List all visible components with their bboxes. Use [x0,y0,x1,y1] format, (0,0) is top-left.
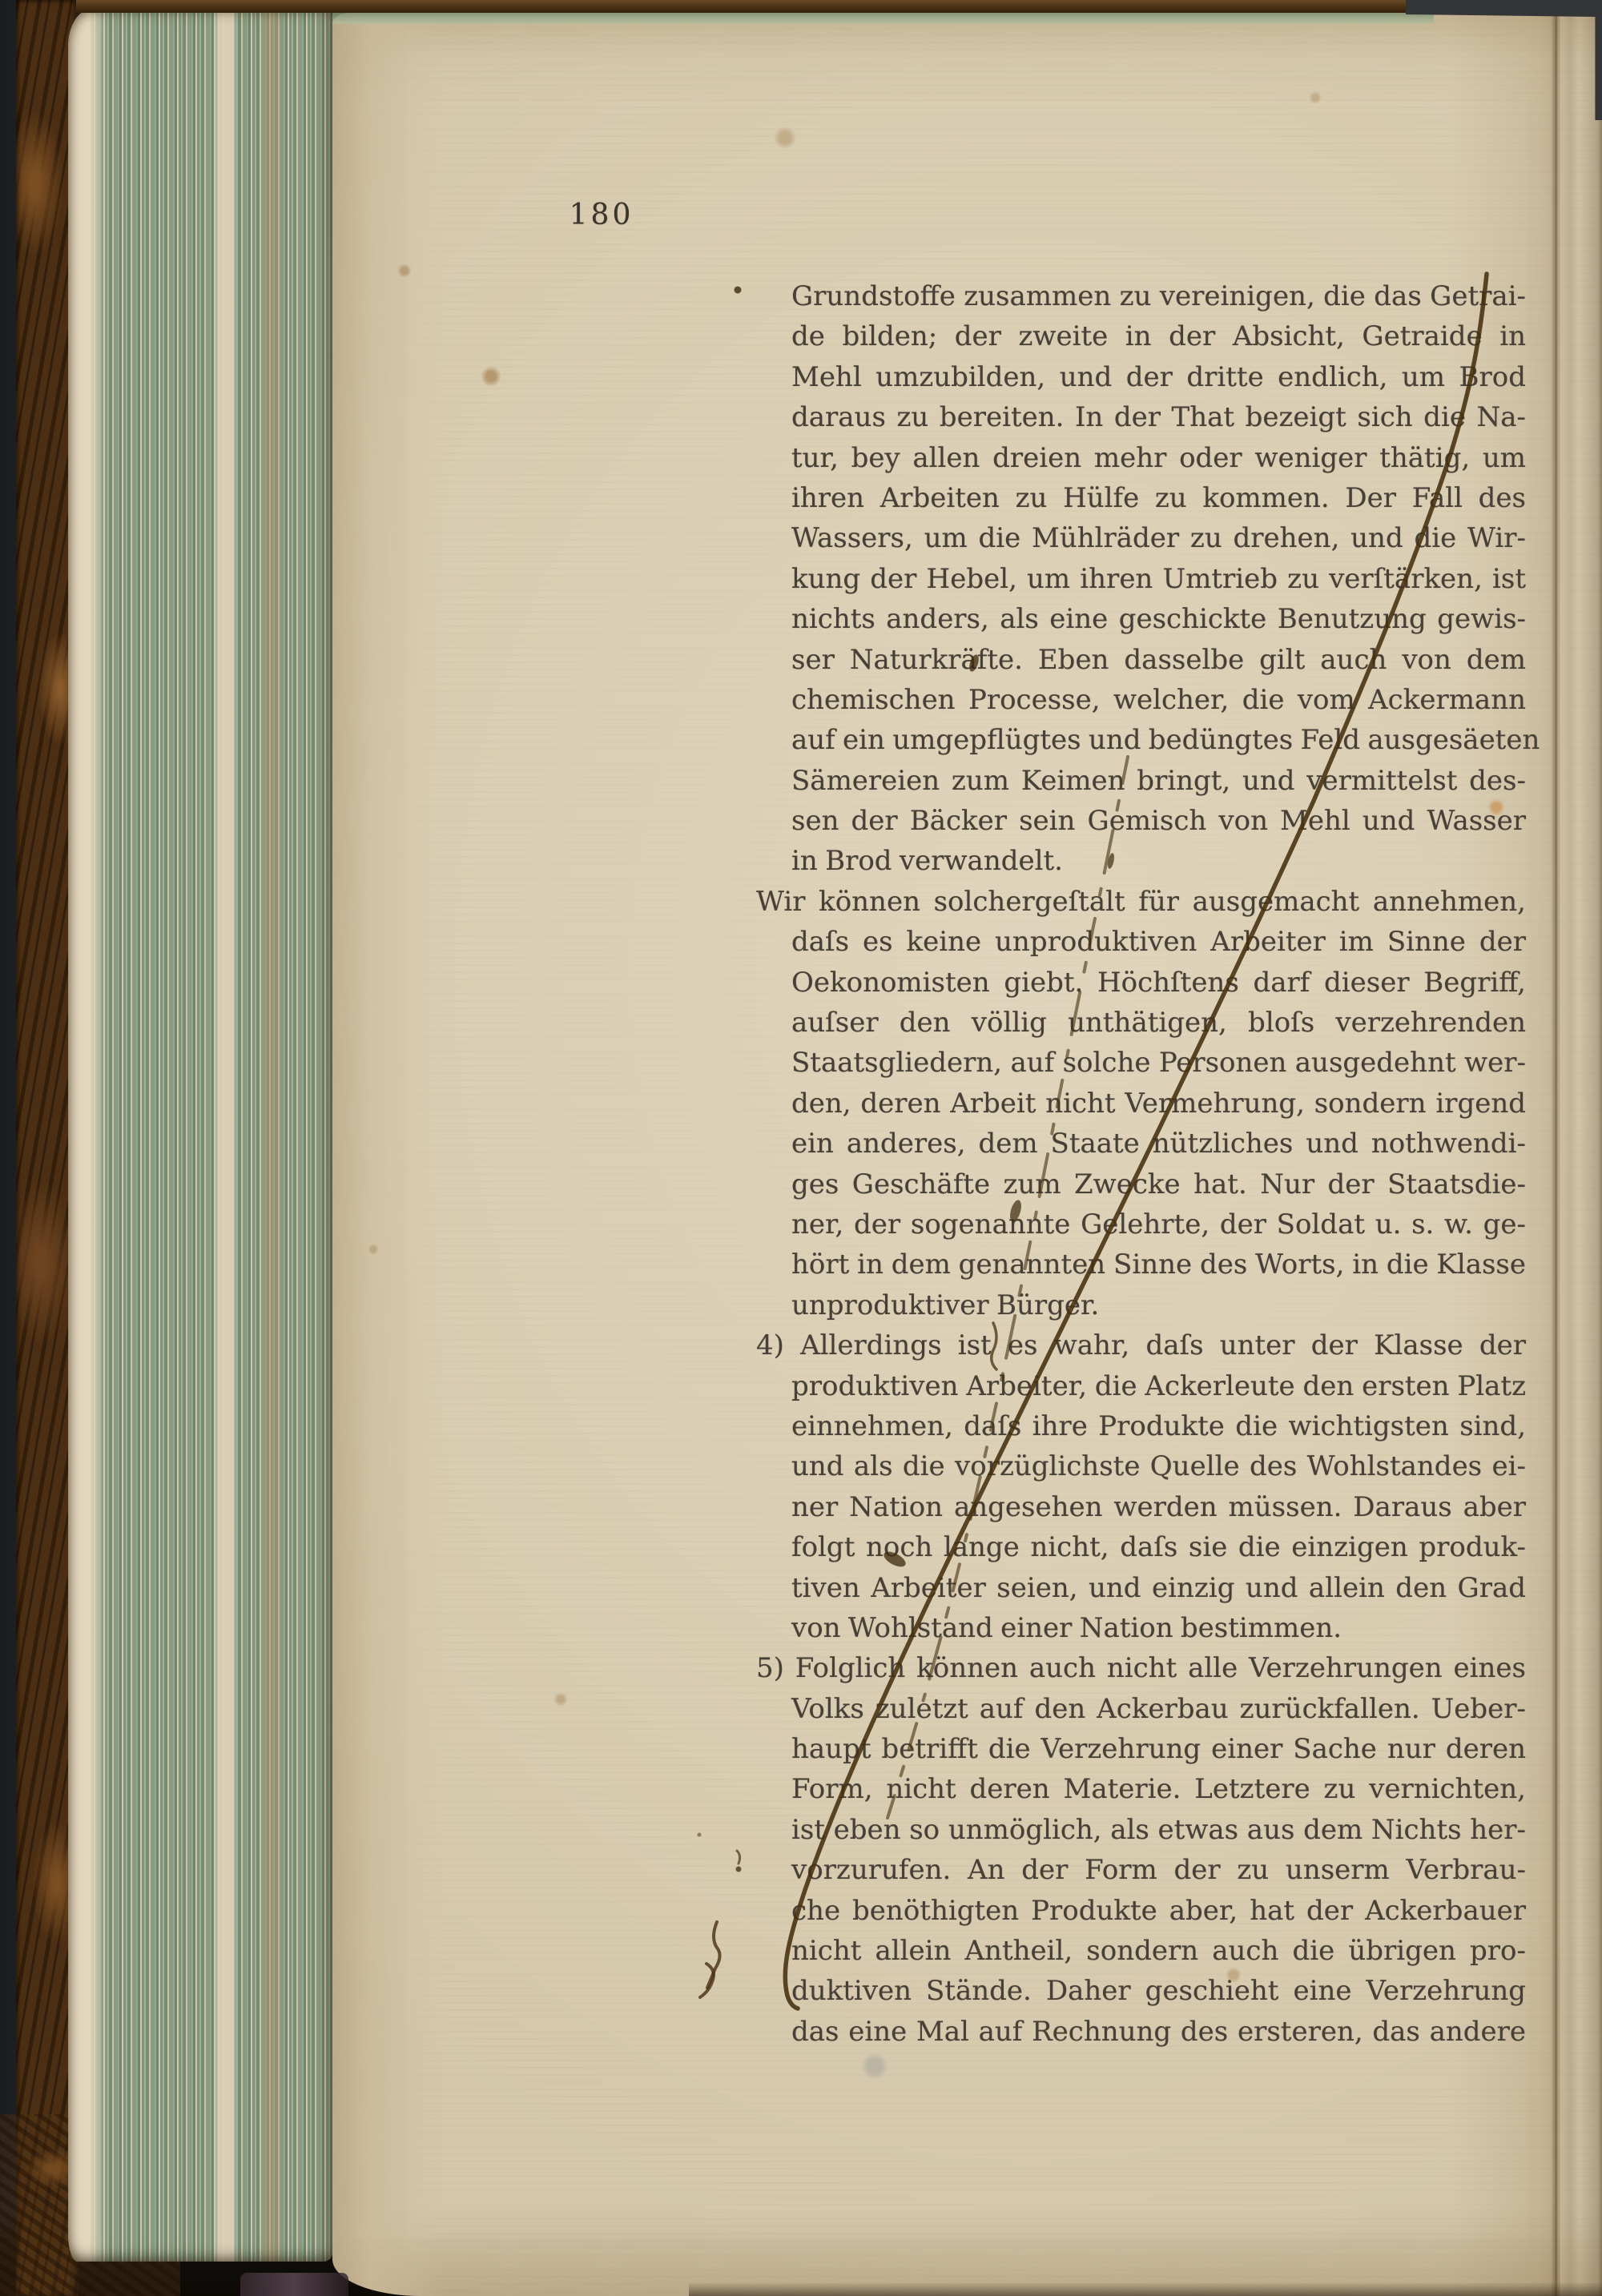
text-line: folgt noch lange nicht, daſs sie die ein… [791,1527,1526,1567]
page-top-colored-edge [332,13,1434,24]
text-line: produktiven Arbeiter, die Ackerleute den… [791,1366,1526,1406]
text-block: Grundstoffe zusammen zu vereinigen, die … [791,276,1526,2052]
text-line: das eine Mal auf Rechnung des ersteren, … [791,2012,1526,2052]
text-line: Wassers, um die Mühlräder zu drehen, und… [791,518,1526,558]
paragraph: Wir können solchergeſtalt für ausgemacht… [791,882,1526,1325]
scanned-book-photo: { "document": { "kind": "scanned antique… [0,0,1602,2296]
text-line: duktiven Stände. Daher geschieht eine Ve… [791,1971,1526,2011]
text-line: Mehl umzubilden, und der dritte endlich,… [791,357,1526,397]
text-line: Staatsgliedern, auf solche Personen ausg… [791,1043,1526,1083]
text-line: vorzurufen. An der Form der zu unserm Ve… [791,1850,1526,1890]
binding-fragment [240,2273,348,2296]
text-line: von Wohlstand einer Nation bestimmen. [791,1608,1526,1648]
page-bottom-edge-shadow [689,2282,1602,2296]
text-line: de bilden; der zweite in der Absicht, Ge… [791,316,1526,356]
page-number: 180 [563,199,640,231]
text-line: ges Geschäfte zum Zwecke hat. Nur der St… [791,1164,1526,1204]
text-line: und als die vorzüglichste Quelle des Woh… [791,1446,1526,1486]
text-line: kung der Hebel, um ihren Umtrieb zu verſ… [791,559,1526,599]
page-gutter-sliver [1560,13,1602,2296]
text-line: auſser den völlig unthätigen, bloſs verz… [791,1003,1526,1043]
text-line: ner Nation angesehen werden müssen. Dara… [791,1487,1526,1527]
paragraph-continued: Grundstoffe zusammen zu vereinigen, die … [791,276,1526,882]
text-line: che benöthigten Produkte aber, hat der A… [791,1891,1526,1931]
text-line: 4) Allerdings ist es wahr, daſs unter de… [756,1325,1526,1365]
text-line: ner, der sogenannte Gelehrte, der Soldat… [791,1204,1526,1245]
text-line: Grundstoffe zusammen zu vereinigen, die … [791,276,1526,316]
text-line: unproduktiver Bürger. [791,1285,1526,1325]
text-line: auf ein umgepflügtes und bedüngtes Feld … [791,720,1526,760]
page-fold-crease [1551,13,1560,2296]
text-line: Wir können solchergeſtalt für ausgemacht… [756,882,1526,922]
text-line: nichts anders, als eine geschickte Benut… [791,599,1526,639]
text-line: daſs es keine unproduktiven Arbeiter im … [791,922,1526,962]
fore-edge-page-stack [68,10,332,2262]
text-line: haupt betrifft die Verzehrung einer Sach… [791,1729,1526,1769]
text-line: ihren Arbeiten zu Hülfe zu kommen. Der F… [791,478,1526,518]
text-line: sen der Bäcker sein Gemisch von Mehl und… [791,801,1526,841]
text-line: nicht allein Antheil, sondern auch die ü… [791,1931,1526,1971]
text-line: chemischen Processe, welcher, die vom Ac… [791,680,1526,720]
numbered-item-4: 4) Allerdings ist es wahr, daſs unter de… [791,1325,1526,1648]
text-line: ist eben so unmöglich, als etwas aus dem… [791,1810,1526,1850]
text-line: 5) Folglich können auch nicht alle Verze… [756,1648,1526,1688]
text-line: ein anderes, dem Staate nützliches und n… [791,1124,1526,1164]
text-line: Oekonomisten giebt. Höchſtens darf diese… [791,963,1526,1003]
text-line: hört in dem genannten Sinne des Worts, i… [791,1245,1526,1285]
text-line: tiven Arbeiter seien, und einzig und all… [791,1568,1526,1608]
text-line: Volks zuletzt auf den Ackerbau zurückfal… [791,1689,1526,1729]
text-line: daraus zu bereiten. In der That bezeigt … [791,397,1526,437]
text-line: einnehmen, daſs ihre Produkte die wichti… [791,1406,1526,1446]
cover-top-edge [76,0,1430,13]
text-line: den, deren Arbeit nicht Vermehrung, sond… [791,1084,1526,1124]
text-line: tur, bey allen dreien mehr oder weniger … [791,438,1526,478]
text-line: Sämereien zum Keimen bringt, und vermitt… [791,761,1526,801]
text-line: Form, nicht deren Materie. Letztere zu v… [791,1769,1526,1809]
text-line: in Brod verwandelt. [791,841,1526,881]
text-line: ser Naturkräfte. Eben dasselbe gilt auch… [791,640,1526,680]
numbered-item-5: 5) Folglich können auch nicht alle Verze… [791,1648,1526,2052]
